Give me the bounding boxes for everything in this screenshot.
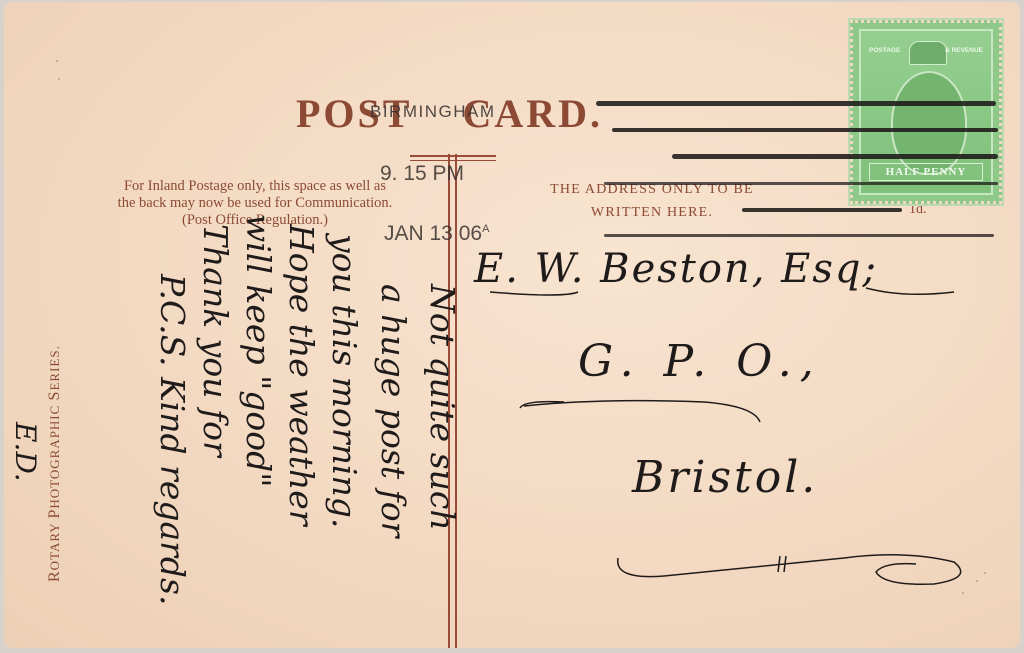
- message-line: Thank you for: [194, 224, 237, 605]
- handwritten-message: Not quite such a huge post for you this …: [151, 284, 452, 605]
- message-line: you this morning.: [323, 234, 366, 605]
- postcard-back: POSTCARD. For Inland Postage only, this …: [4, 2, 1020, 648]
- signature: E.D.: [9, 422, 42, 482]
- foxing-speck: [962, 592, 964, 594]
- message-line: Hope the weather: [280, 224, 323, 605]
- foxing-speck: [58, 78, 60, 80]
- message-line: Not quite such: [421, 284, 464, 605]
- message-line: P.C.S. Kind regards.: [151, 274, 194, 605]
- message-line: a huge post for: [372, 284, 415, 605]
- foxing-speck: [976, 580, 978, 582]
- message-line: will keep "good": [237, 214, 280, 605]
- foxing-speck: [984, 572, 986, 574]
- foxing-speck: [56, 60, 58, 62]
